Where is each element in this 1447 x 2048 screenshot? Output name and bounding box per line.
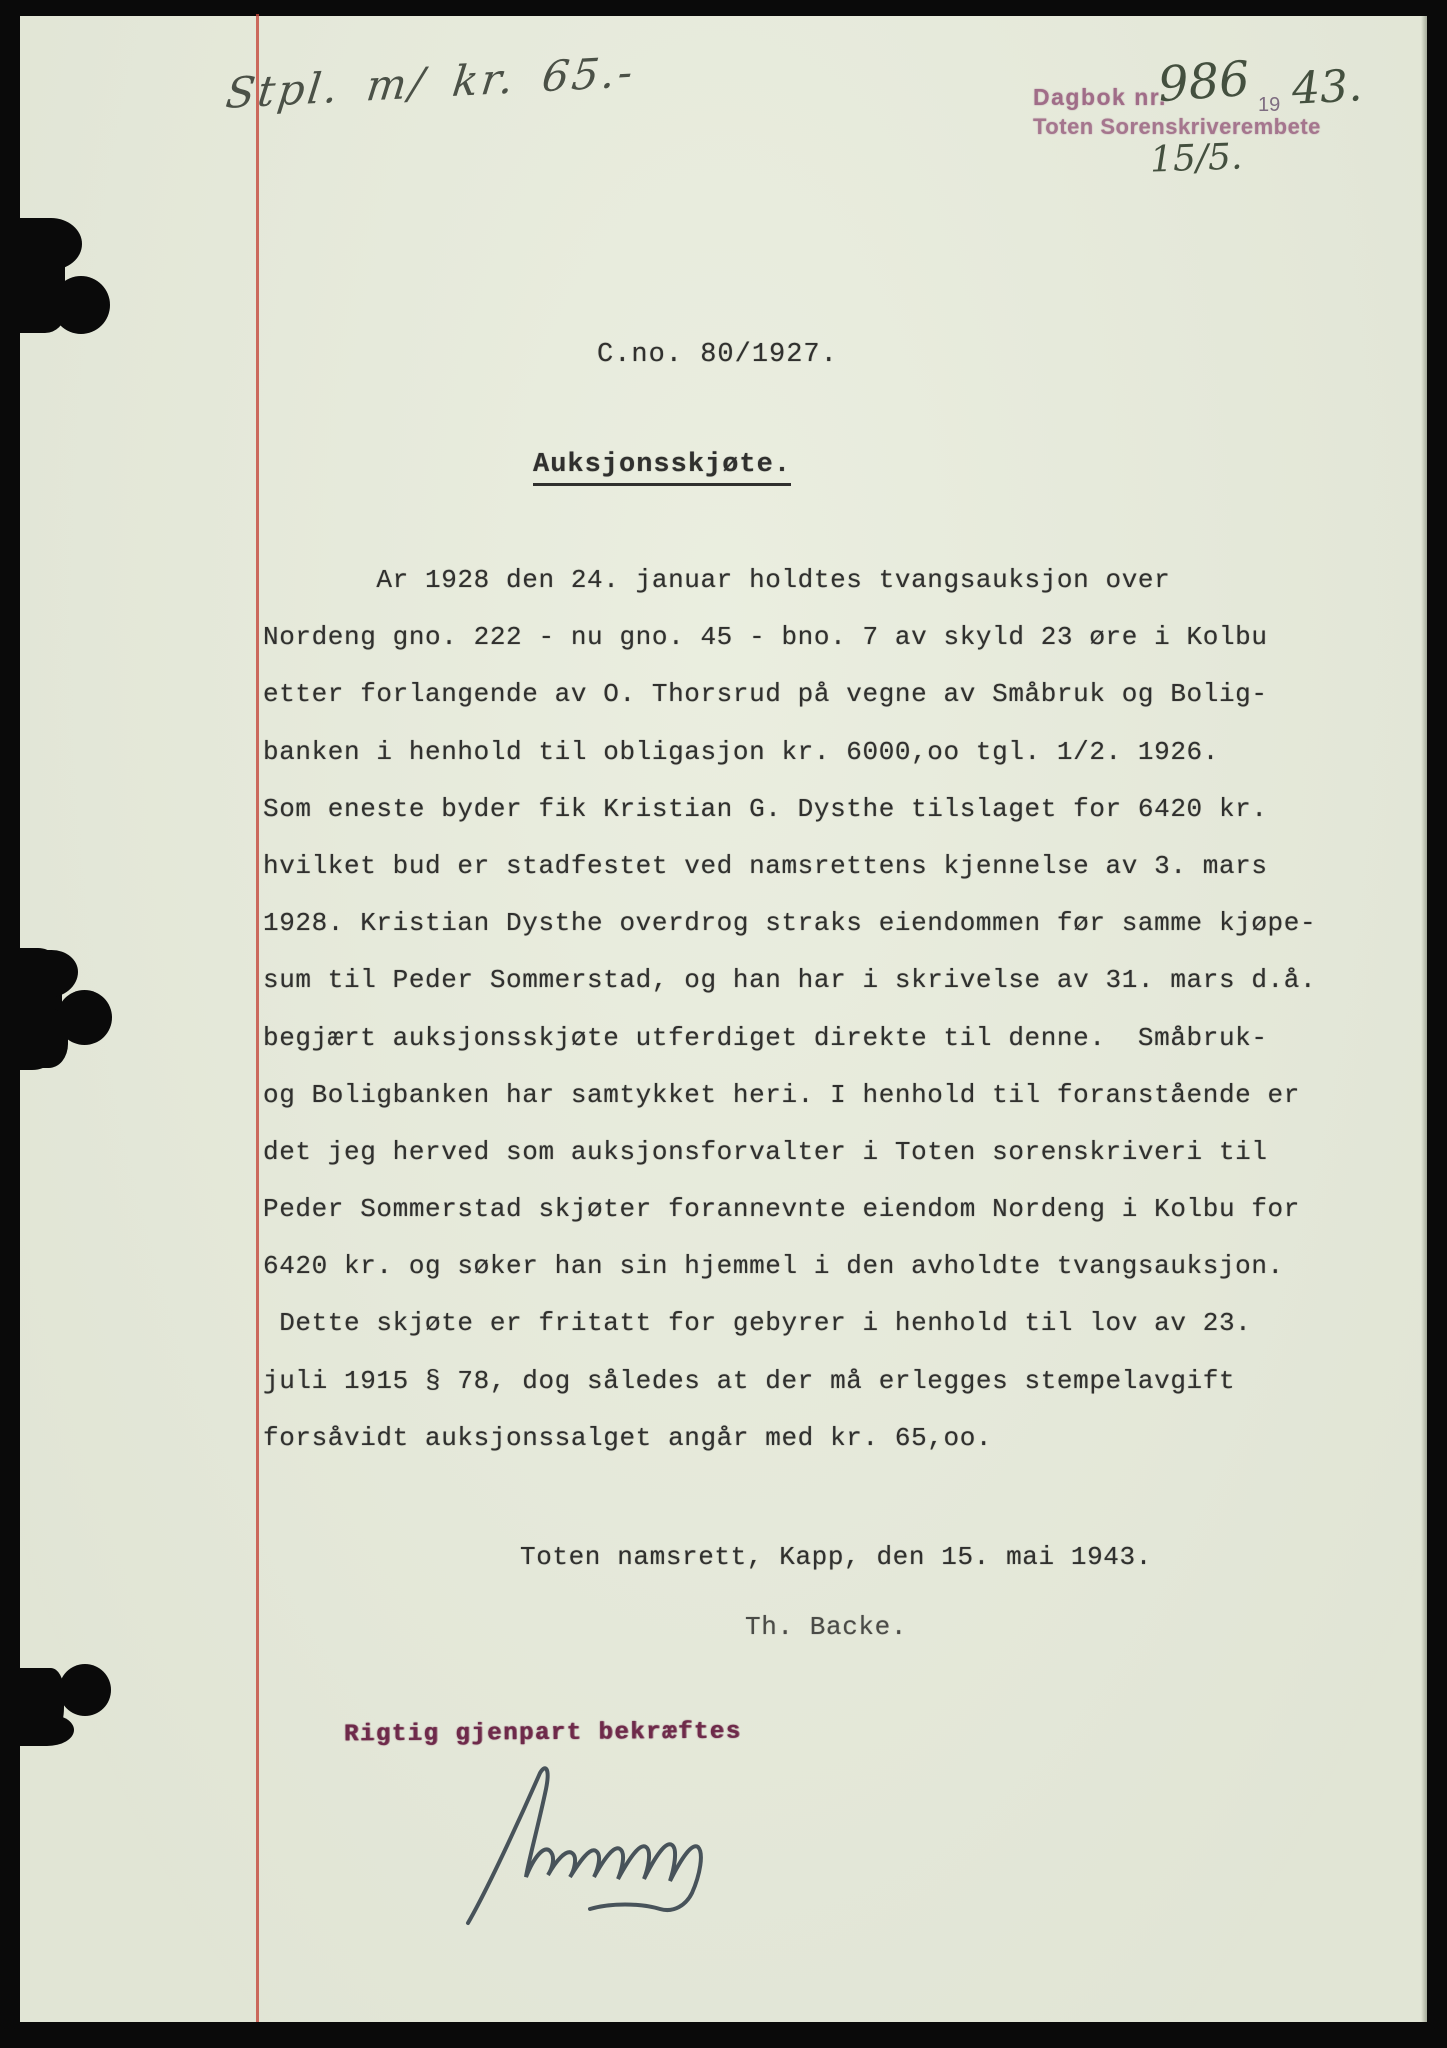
frame-left	[0, 0, 20, 2048]
body-line: etter forlangende av O. Thorsrud på vegn…	[263, 666, 1316, 723]
body-line: Som eneste byder fik Kristian G. Dysthe …	[263, 781, 1316, 838]
body-line: det jeg herved som auksjonsforvalter i T…	[263, 1124, 1316, 1181]
body-line: forsåvidt auksjonssalget angår med kr. 6…	[263, 1410, 1316, 1467]
body-line: sum til Peder Sommerstad, og han har i s…	[263, 952, 1316, 1009]
body-text: Ar 1928 den 24. januar holdtes tvangsauk…	[263, 552, 1316, 1467]
body-line: 1928. Kristian Dysthe overdrog straks ei…	[263, 895, 1316, 952]
body-line: begjært auksjonsskjøte utferdiget direkt…	[263, 1010, 1316, 1067]
place-date-line: Toten namsrett, Kapp, den 15. mai 1943.	[520, 1542, 1152, 1572]
frame-top	[0, 0, 1447, 16]
body-line: Dette skjøte er fritatt for gebyrer i he…	[263, 1295, 1316, 1352]
handwritten-year: 43.	[1291, 60, 1364, 115]
handwritten-journal-number: 986	[1156, 51, 1251, 113]
body-line: banken i henhold til obligasjon kr. 6000…	[263, 724, 1316, 781]
handwritten-stamp-date: 15/5.	[1149, 136, 1243, 180]
stamp-office-name: Toten Sorenskriverembete	[1033, 114, 1321, 140]
certification-stamp: Rigtig gjenpart bekræftes	[344, 1719, 742, 1749]
stamp-dagbok-label: Dagbok nr.	[1033, 84, 1167, 111]
frame-right	[1427, 0, 1447, 2048]
red-margin-line	[256, 14, 259, 2022]
case-number: C.no. 80/1927.	[597, 340, 838, 370]
document-title: Auksjonsskjøte.	[533, 450, 791, 486]
body-line: Ar 1928 den 24. januar holdtes tvangsauk…	[263, 552, 1316, 609]
body-line: 6420 kr. og søker han sin hjemmel i den …	[263, 1238, 1316, 1295]
body-line: juli 1915 § 78, dog således at der må er…	[263, 1353, 1316, 1410]
body-line: hvilket bud er stadfestet ved namsretten…	[263, 838, 1316, 895]
body-line: og Boligbanken har samtykket heri. I hen…	[263, 1067, 1316, 1124]
handwritten-signature	[440, 1745, 800, 1945]
signer-name: Th. Backe.	[745, 1612, 907, 1642]
body-line: Nordeng gno. 222 - nu gno. 45 - bno. 7 a…	[263, 609, 1316, 666]
frame-bottom	[0, 2022, 1447, 2048]
body-line: Peder Sommerstad skjøter forannevnte eie…	[263, 1181, 1316, 1238]
